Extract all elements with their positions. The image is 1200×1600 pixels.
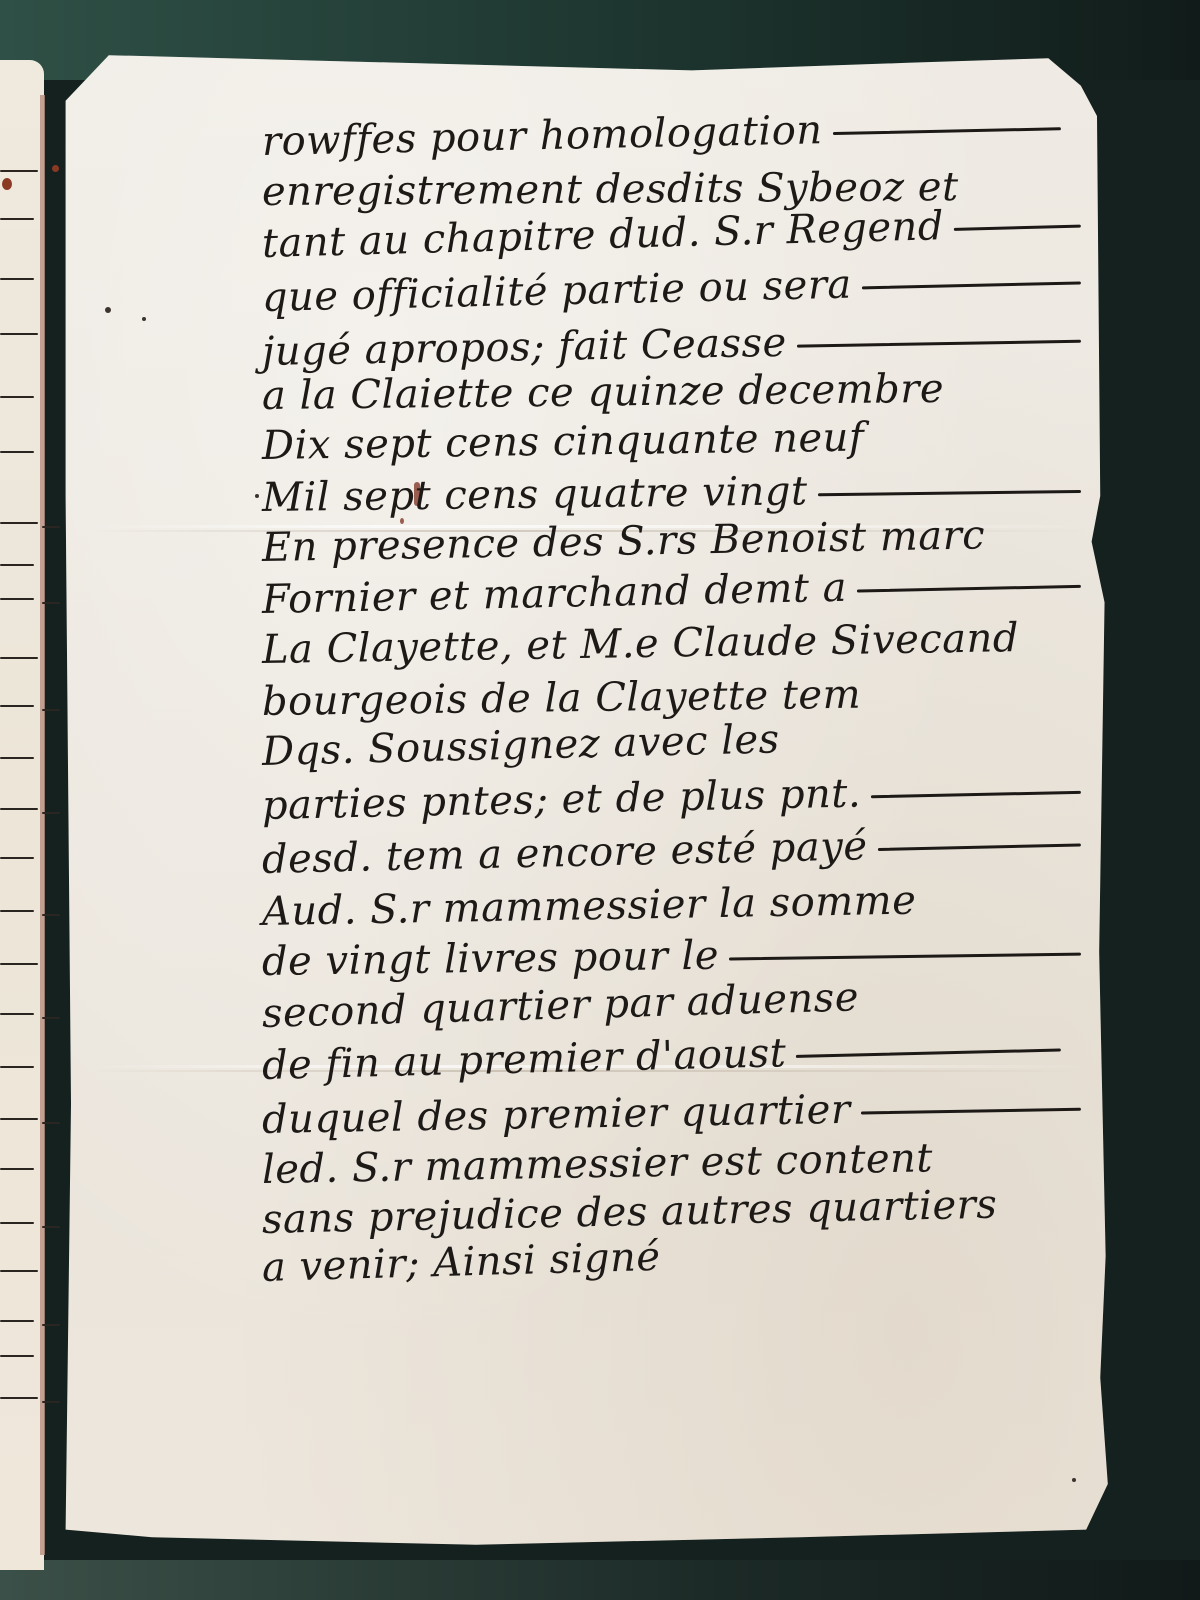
ink-spot — [2, 178, 12, 190]
manuscript-line: a la Claiette ce quinze decembre — [262, 369, 944, 416]
ink-spot — [52, 165, 59, 172]
ruled-line-end — [0, 396, 34, 398]
ruled-line-end — [42, 1226, 60, 1228]
ink-dot — [255, 494, 259, 498]
ruled-line-end — [42, 1122, 60, 1124]
ruled-line-end — [42, 526, 60, 528]
ruled-line-end — [0, 1222, 34, 1224]
ruled-line-end — [0, 705, 34, 707]
ruled-line-end — [0, 857, 34, 859]
ruled-line-end — [0, 278, 34, 280]
manuscript-line: led. S.r mammessier est content — [262, 1138, 934, 1190]
ruled-line-end — [0, 1270, 38, 1272]
ruled-line-end — [0, 451, 34, 453]
ruled-line-end — [0, 1066, 34, 1068]
line-filler-stroke — [871, 790, 1081, 797]
ruled-line-end — [42, 1324, 60, 1326]
ruled-line-end — [0, 1355, 34, 1357]
line-filler-stroke — [857, 584, 1081, 592]
manuscript-line: La Clayette, et M.e Claude Sivecand — [262, 618, 1020, 670]
ink-dot — [105, 307, 111, 313]
facing-page-edge — [0, 60, 44, 1570]
manuscript-line-text: jugé apropos; fait Ceasse — [262, 320, 788, 375]
ruled-line-end — [0, 1168, 34, 1170]
ruled-line-end — [0, 1397, 38, 1399]
ruled-line-end — [0, 1320, 34, 1322]
ruled-line-end — [0, 218, 34, 220]
line-filler-stroke — [877, 843, 1081, 851]
manuscript-line: Dqs. Soussignez avec les — [262, 719, 781, 772]
ruled-line-end — [0, 1013, 34, 1015]
manuscript-line-text: Mil sept cens quatre vingt — [262, 468, 808, 521]
ruled-line-end — [0, 564, 34, 566]
facing-page-fore-edge — [40, 95, 45, 1555]
ruled-line-end — [0, 757, 34, 759]
manuscript-line-text: Dix sept cens cinquante neuf — [262, 415, 865, 469]
ruled-line-end — [0, 522, 38, 524]
line-filler-stroke — [818, 489, 1082, 495]
manuscript-line: a venir; Ainsi signé — [261, 1237, 661, 1288]
ruled-line-end — [42, 602, 60, 604]
ink-dot — [1072, 1478, 1076, 1482]
line-filler-stroke — [729, 952, 1081, 960]
ruled-line-end — [42, 709, 60, 711]
ruled-line-end — [0, 170, 38, 172]
ruled-line-end — [0, 963, 38, 965]
line-filler-stroke — [862, 281, 1081, 289]
manuscript-line-text: a la Claiette ce quinze decembre — [262, 366, 944, 419]
ink-dot — [142, 317, 146, 321]
ruled-line-end — [0, 333, 38, 335]
line-filler-stroke — [797, 339, 1081, 347]
line-filler-stroke — [796, 1048, 1061, 1057]
line-filler-stroke — [954, 224, 1081, 230]
manuscript-line: Aud. S.r mammessier la somme — [262, 881, 917, 932]
manuscript-line: bourgeois de la Clayette tem — [262, 675, 861, 722]
ruled-line-end — [42, 1017, 60, 1019]
line-filler-stroke — [833, 127, 1062, 135]
line-filler-stroke — [860, 1107, 1081, 1114]
photo-backdrop-bottom — [0, 1560, 1200, 1600]
ruled-line-end — [0, 808, 38, 810]
ruled-line-end — [0, 1118, 38, 1120]
manuscript-line: En presence des S.rs Benoist marc — [262, 515, 986, 568]
manuscript-line: Dix sept cens cinquante neuf — [262, 418, 865, 466]
ruled-line-end — [42, 914, 60, 916]
ruled-line-end — [0, 910, 34, 912]
manuscript-line-text: de vingt livres pour le — [262, 933, 720, 985]
ruled-line-end — [0, 598, 34, 600]
ruled-line-end — [42, 812, 60, 814]
ruled-line-end — [42, 1401, 60, 1403]
ruled-line-end — [0, 657, 38, 659]
